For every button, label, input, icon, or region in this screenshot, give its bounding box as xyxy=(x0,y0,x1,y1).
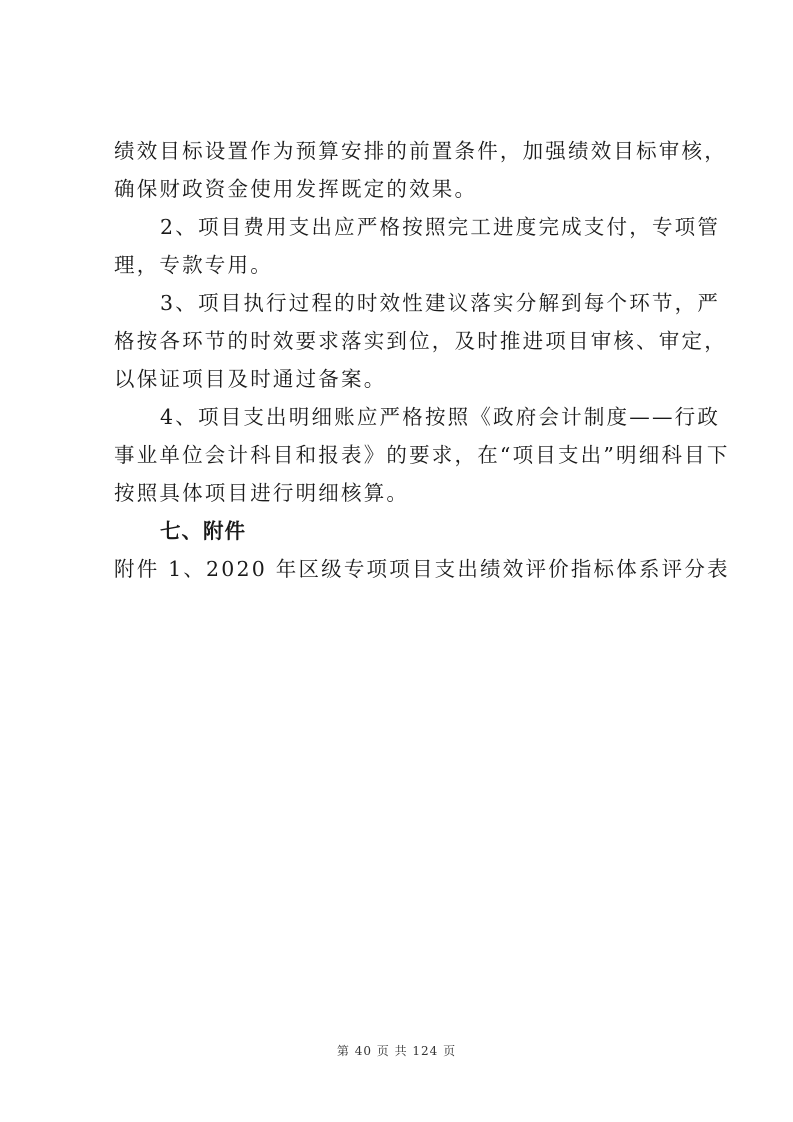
paragraph-line: 确保财政资金使用发挥既定的效果。 xyxy=(114,176,684,202)
paragraph-line: 2、项目费用支出应严格按照完工进度完成支付，专项管 xyxy=(160,214,730,240)
paragraph-line: 3、项目执行过程的时效性建议落实分解到每个环节，严 xyxy=(160,290,730,316)
attachment-item: 附件 1、2020 年区级专项项目支出绩效评价指标体系评分表 xyxy=(114,556,684,582)
paragraph-line: 格按各环节的时效要求落实到位，及时推进项目审核、审定， xyxy=(114,328,684,354)
section-heading: 七、附件 xyxy=(160,518,730,544)
paragraph-line: 按照具体项目进行明细核算。 xyxy=(114,480,684,506)
document-page: 绩效目标设置作为预算安排的前置条件，加强绩效目标审核， 确保财政资金使用发挥既定… xyxy=(0,0,793,1122)
page-number-footer: 第 40 页 共 124 页 xyxy=(0,1042,793,1059)
paragraph-line: 理，专款专用。 xyxy=(114,252,684,278)
paragraph-line: 以保证项目及时通过备案。 xyxy=(114,366,684,392)
paragraph-line: 4、项目支出明细账应严格按照《政府会计制度——行政 xyxy=(160,404,730,430)
paragraph-line: 事业单位会计科目和报表》的要求，在“项目支出”明细科目下 xyxy=(114,442,684,468)
paragraph-line: 绩效目标设置作为预算安排的前置条件，加强绩效目标审核， xyxy=(114,138,684,164)
